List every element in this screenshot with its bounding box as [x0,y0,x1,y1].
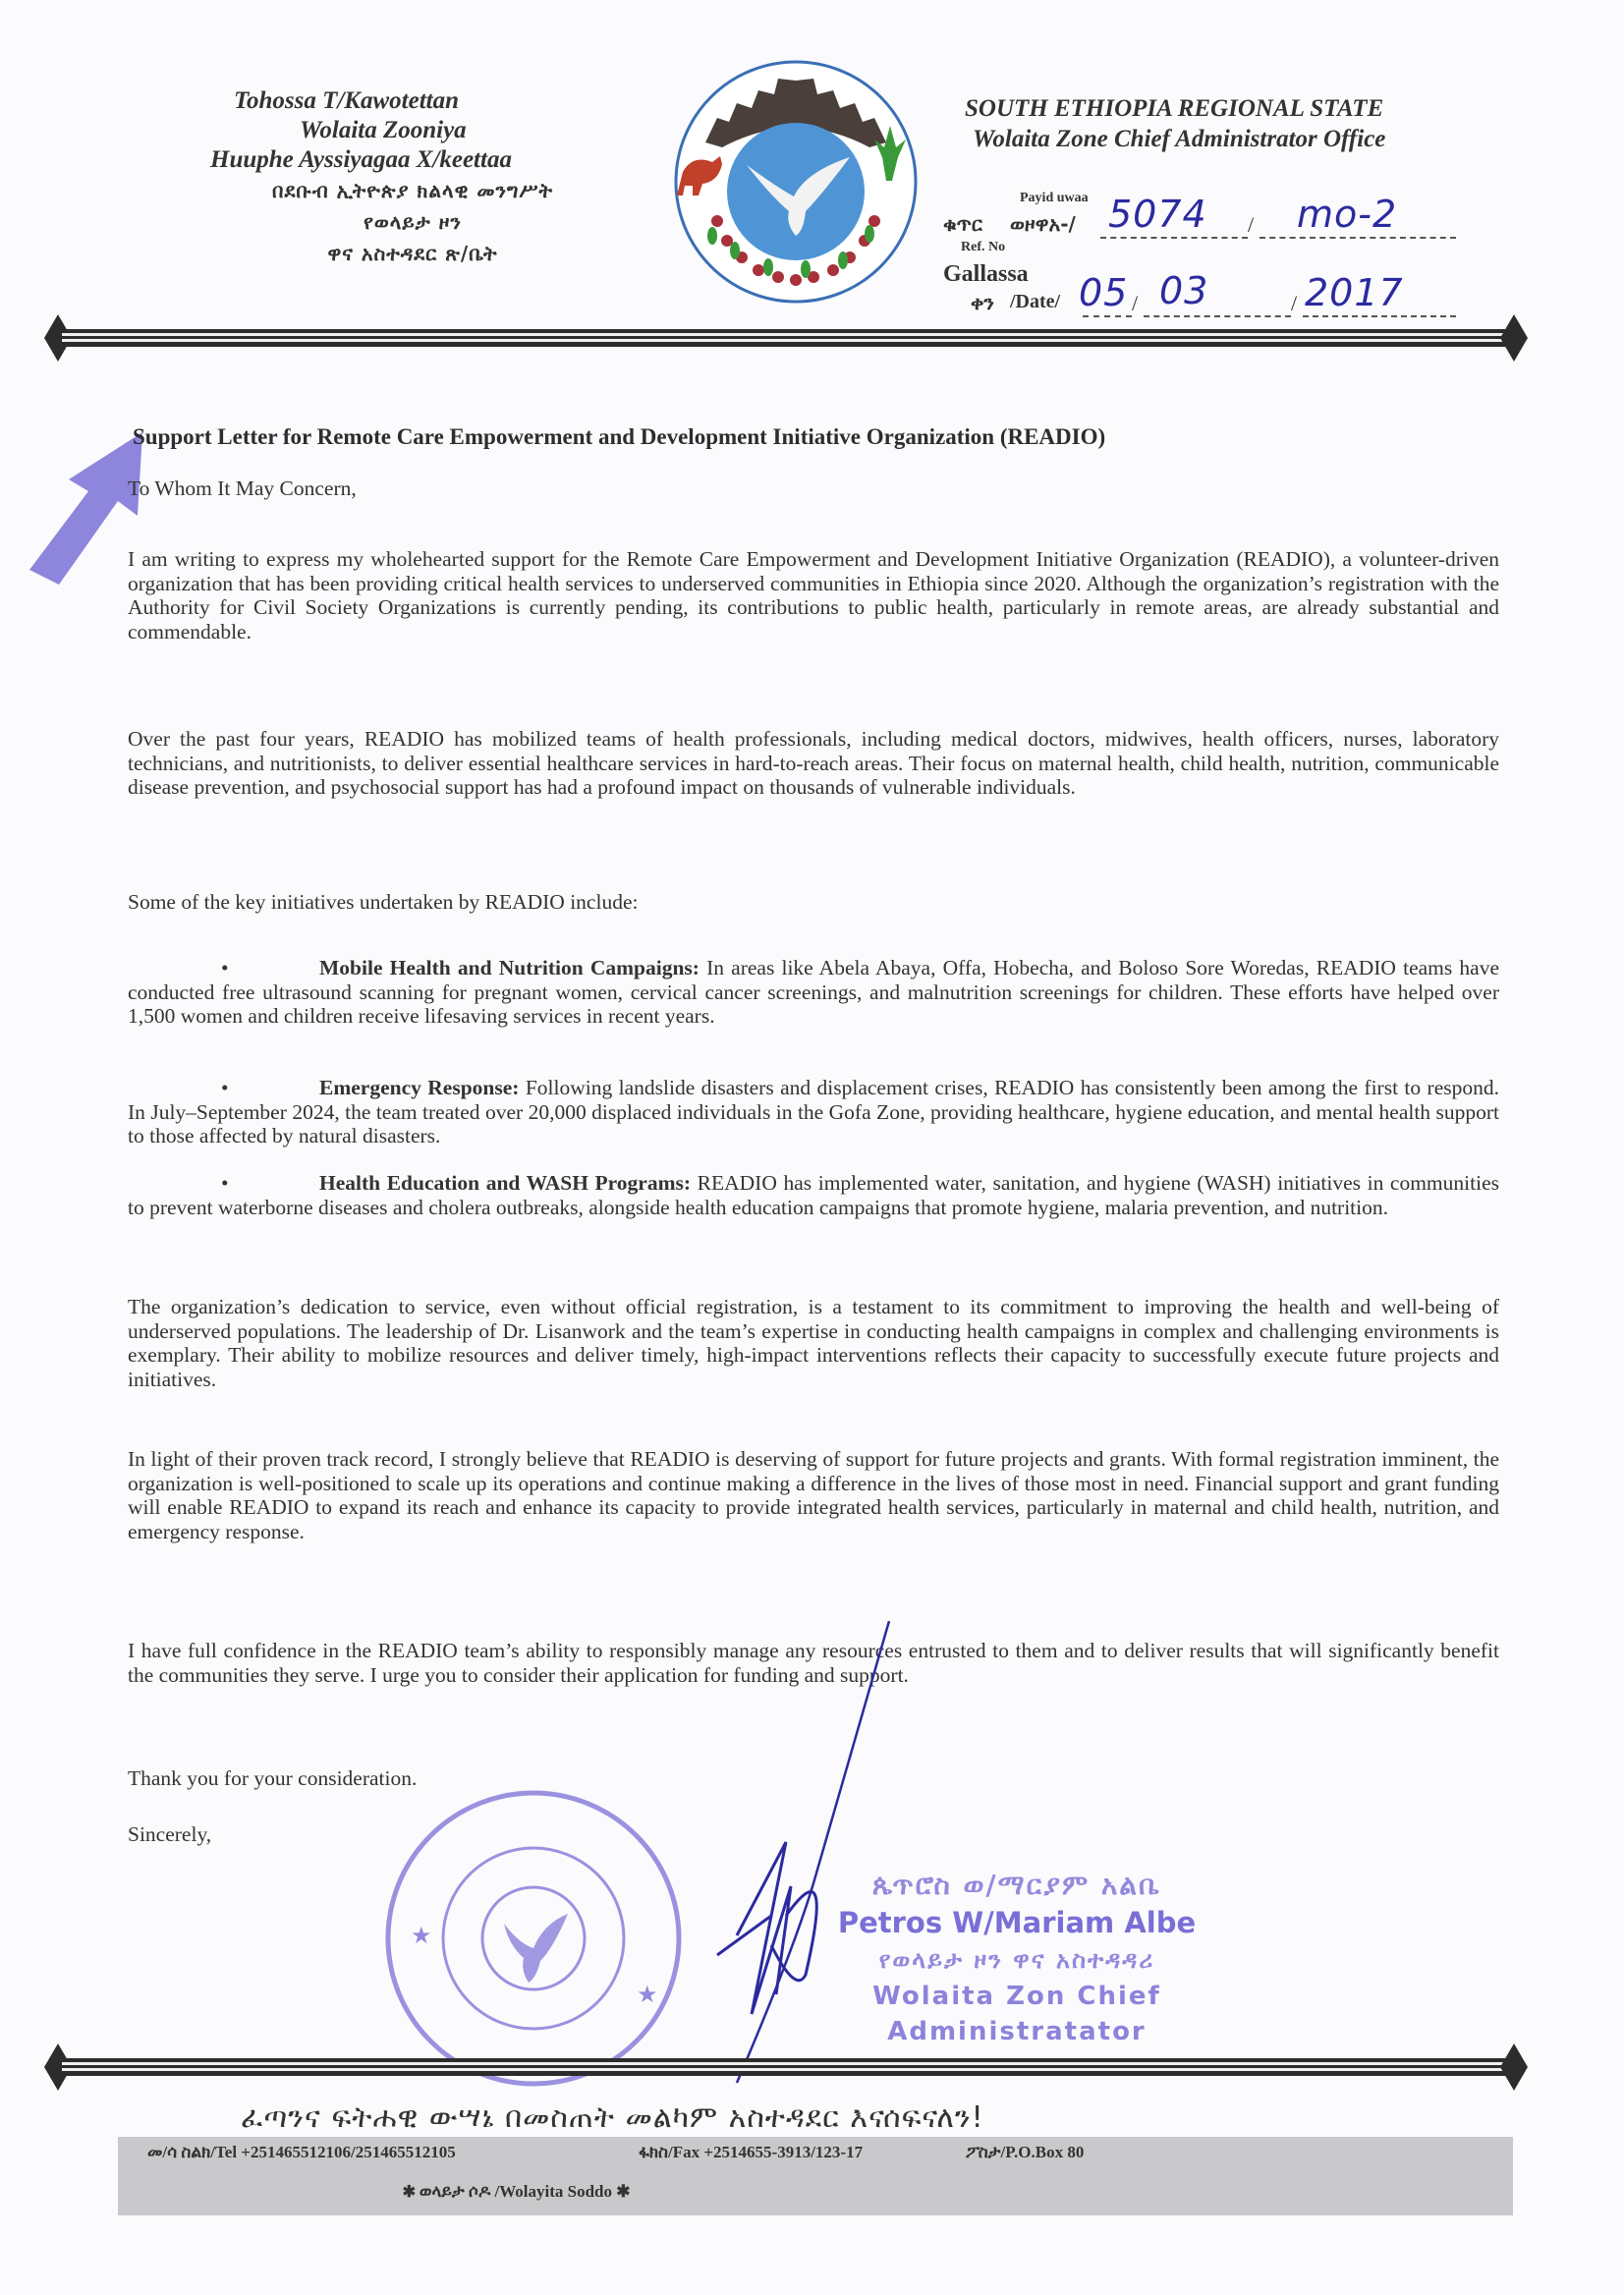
ref-suffix-handwritten: mo-2 [1297,193,1397,236]
signatory-name-amharic: ጴጥሮስ ወ/ማርያም አልቤ [820,1867,1213,1904]
footer-telephone: መ/ሳ ስልክ/Tel +251465512106/251465512105 [147,2143,456,2162]
letterhead-left: Tohossa T/Kawotettan Wolaita Zooniya Huu… [196,86,629,269]
header-divider [44,314,1528,362]
ref-label-amharic: ቁጥር [943,212,982,236]
paragraph: In light of their proven track record, I… [128,1447,1499,1543]
bullet-icon: • [128,1076,319,1100]
date-day-handwritten: 05 [1079,271,1128,314]
letterhead-left-amharic: ዋና አስተዳደር ጽ/ቤት [196,238,629,269]
date-separator: / [1132,291,1138,316]
bullet-heading: Emergency Response: [319,1076,519,1099]
diamond-icon [1500,2043,1528,2091]
ref-label-english: Ref. No [961,240,1005,255]
letterhead-left-amharic: የወላይታ ዞን [196,206,629,238]
date-year-handwritten: 2017 [1305,271,1404,314]
footer-motto: ፈጣንና ፍትሐዊ ውሣኔ በመስጠት መልካም አስተዳደር እናሰፍናለን! [241,2100,984,2135]
svg-text:★: ★ [411,1924,432,1949]
letterhead-left-line: Tohossa T/Kawotettan [196,86,629,116]
ref-line [1260,237,1456,239]
paragraph-history: Over the past four years, READIO has mob… [128,727,1499,800]
paragraph-intro: I am writing to express my wholehearted … [128,547,1499,644]
date-label-amharic: ቀን [971,291,994,314]
bullet-heading: Health Education and WASH Programs: [319,1171,691,1195]
regional-state-name: SOUTH ETHIOPIA REGIONAL STATE [943,94,1533,124]
letterhead-left-amharic: በደቡብ ኢትዮጵያ ክልላዊ መንግሥት [196,175,629,206]
date-label: /Date/ [1010,291,1060,313]
letterhead-right: SOUTH ETHIOPIA REGIONAL STATE Wolaita Zo… [943,94,1533,155]
ref-label-oromo: Payid uwaa [1020,191,1089,206]
ref-label-amharic-2: ወዞዋአ-/ [1010,212,1076,236]
footer-divider [44,2043,1528,2091]
paragraph: The organization’s dedication to service… [128,1295,1499,1391]
ref-number-handwritten: 5074 [1108,193,1207,236]
office-name: Wolaita Zone Chief Administrator Office [943,124,1533,155]
zone-emblem-icon [658,49,933,314]
salutation: To Whom It May Concern, [128,476,1499,501]
footer-contact-band: መ/ሳ ስልክ/Tel +251465512106/251465512105 ፋ… [118,2137,1513,2215]
reference-number-field: Payid uwaa ቁጥር ወዞዋአ-/ Ref. No / 5074 mo-… [943,193,1523,252]
signatory-title-line-1: Wolaita Zon Chief [820,1979,1213,2014]
date-separator: / [1291,291,1297,316]
bullet-item: •Health Education and WASH Programs: REA… [128,1171,1499,1219]
ref-separator: / [1248,212,1254,238]
paragraph-recommendation: In light of their proven track record, I… [128,1447,1499,1543]
paragraph-initiatives-intro: Some of the key initiatives undertaken b… [128,890,1499,915]
date-month-handwritten: 03 [1159,269,1208,312]
bullet-heading: Mobile Health and Nutrition Campaigns: [319,956,700,980]
letterhead-left-line: Huuphe Ayssiyagaa X/keettaa [196,145,629,175]
salutation-text: To Whom It May Concern, [128,476,1499,501]
letter-subject: Support Letter for Remote Care Empowerme… [133,424,1105,450]
paragraph-dedication: The organization’s dedication to service… [128,1295,1499,1391]
bullet-icon: • [128,1171,319,1196]
signatory-title-amharic: የወላይታ ዞን ዋና አስተዳዳሪ [820,1941,1213,1979]
diamond-icon [1500,314,1528,362]
signatory-stamp: ጴጥሮስ ወ/ማርያም አልቤ Petros W/Mariam Albe የወላ… [820,1867,1213,2049]
arrow-stamp-icon [10,403,147,609]
svg-text:★: ★ [637,1983,658,2008]
footer-po-box: ፖስታ/P.O.Box 80 [966,2143,1084,2162]
paragraph: I am writing to express my wholehearted … [128,547,1499,644]
bullet-item: •Mobile Health and Nutrition Campaigns: … [128,956,1499,1029]
paragraph: Over the past four years, READIO has mob… [128,727,1499,800]
bullet-item: •Emergency Response: Following landslide… [128,1076,1499,1148]
paragraph: Some of the key initiatives undertaken b… [128,890,1499,915]
date-label-oromo: Gallassa [943,261,1029,288]
ref-line [1100,237,1248,239]
bullet-icon: • [128,956,319,980]
signatory-name: Petros W/Mariam Albe [820,1904,1213,1941]
footer-city: ✱ ወላይታ ሶዶ /Wolayita Soddo ✱ [403,2182,631,2202]
letterhead-left-line: Wolaita Zooniya [196,116,629,145]
footer-fax: ፋክስ/Fax +2514655-3913/123-17 [639,2143,863,2162]
